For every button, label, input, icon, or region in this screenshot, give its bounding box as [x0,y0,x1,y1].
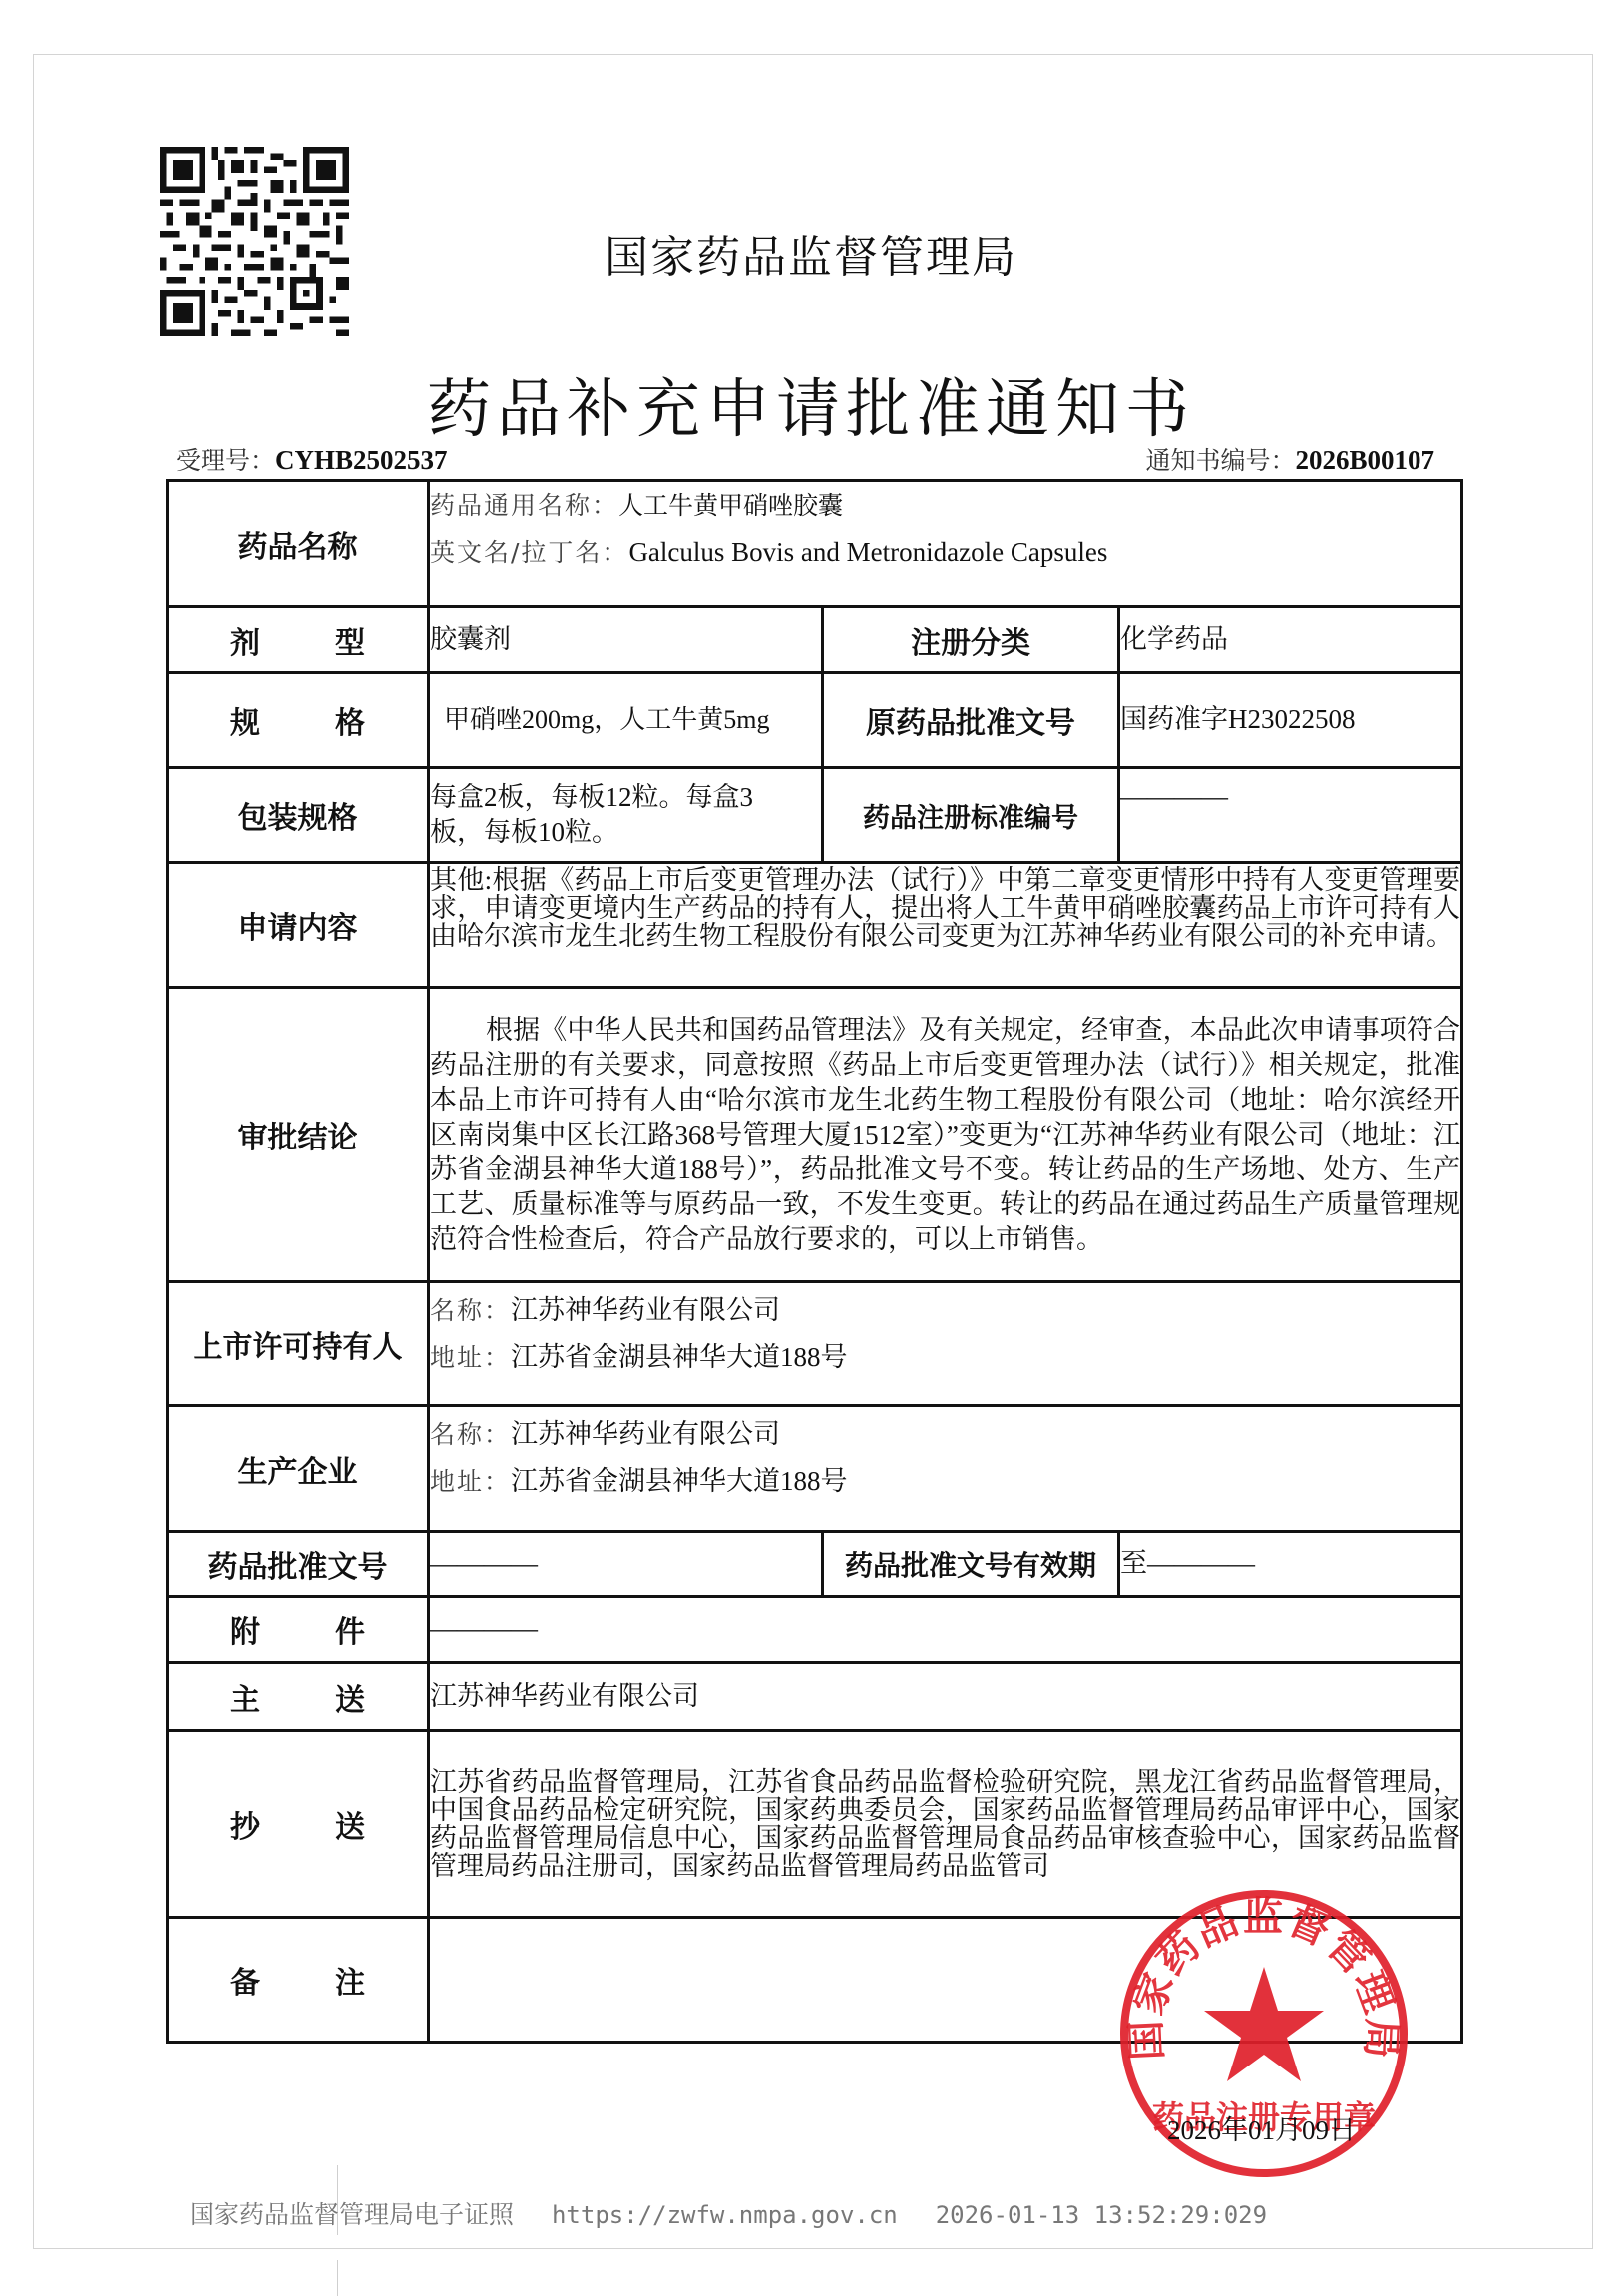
notice-number: 通知书编号：2026B00107 [1145,441,1434,477]
registration-standard-label: 药品注册标准编号 [823,768,1119,863]
drug-name-label: 药品名称 [168,481,429,607]
application-value: 其他:根据《药品上市后变更管理办法（试行）》中第二章变更情形中持有人变更管理要求… [429,863,1462,988]
manufacturer-value: 名称：江苏神华药业有限公司 地址：江苏省金湖县神华大道188号 [429,1406,1462,1532]
remarks-value [429,1918,1462,2043]
registration-class-label: 注册分类 [823,607,1119,673]
mah-label: 上市许可持有人 [168,1282,429,1406]
row-dosage-form: 剂型 胶囊剂 注册分类 化学药品 [168,607,1462,673]
attachment-label: 附件 [168,1597,429,1663]
acceptance-number-value: CYHB2502537 [275,445,448,475]
label-char: 抄 [230,1802,260,1846]
row-manufacturer: 生产企业 名称：江苏神华药业有限公司 地址：江苏省金湖县神华大道188号 [168,1406,1462,1532]
specification-value: 甲硝唑200mg，人工牛黄5mg [429,673,823,768]
row-main-recipient: 主送 江苏神华药业有限公司 [168,1663,1462,1731]
manufacturer-label: 生产企业 [168,1406,429,1532]
footer-issuer: 国家药品监督管理局电子证照 [190,2200,514,2229]
registration-standard-value: ———— [1119,768,1462,863]
label-char: 型 [335,618,365,662]
approval-form-table: 药品名称 药品通用名称：人工牛黄甲硝唑胶囊 英文名/拉丁名：Galculus B… [166,479,1463,2044]
main-recipient-label: 主送 [168,1663,429,1731]
attachment-value: ———— [429,1597,1462,1663]
package-value: 每盒2板，每板12粒。每盒3板，每板10粒。 [429,768,823,863]
agency-name: 国家药品监督管理局 [0,222,1622,285]
validity-prefix: 至 [1120,1548,1147,1578]
notice-number-value: 2026B00107 [1295,445,1434,475]
row-remarks: 备注 [168,1918,1462,2043]
footer-timestamp: 2026-01-13 13:52:29:029 [936,2201,1267,2229]
dosage-form-label: 剂型 [168,607,429,673]
footer-url[interactable]: https://zwfw.nmpa.gov.cn [552,2201,898,2229]
row-specification: 规格 甲硝唑200mg，人工牛黄5mg 原药品批准文号 国药准字H2302250… [168,673,1462,768]
approval-validity-value: 至———— [1119,1532,1462,1597]
english-name-label: 英文名/拉丁名： [430,538,628,567]
application-label: 申请内容 [168,863,429,988]
conclusion-label: 审批结论 [168,988,429,1282]
manufacturer-address-label: 地址： [430,1467,511,1496]
label-char: 送 [335,1675,365,1719]
label-char: 剂 [230,618,260,662]
mah-address: 江苏省金湖县神华大道188号 [511,1342,848,1372]
mah-address-label: 地址： [430,1343,511,1372]
label-char: 格 [335,698,365,742]
mah-value: 名称：江苏神华药业有限公司 地址：江苏省金湖县神华大道188号 [429,1282,1462,1406]
footer: 国家药品监督管理局电子证照 https://zwfw.nmpa.gov.cn 2… [190,2195,1297,2231]
label-char: 备 [230,1958,260,2002]
notice-number-label: 通知书编号： [1145,446,1295,475]
original-approval-no-value: 国药准字H23022508 [1119,673,1462,768]
row-package: 包装规格 每盒2板，每板12粒。每盒3板，每板10粒。 药品注册标准编号 ———… [168,768,1462,863]
remarks-label: 备注 [168,1918,429,2043]
original-approval-no-label: 原药品批准文号 [823,673,1119,768]
manufacturer-name: 江苏神华药业有限公司 [511,1419,780,1449]
dosage-form-value: 胶囊剂 [429,607,823,673]
row-cc: 抄送 江苏省药品监督管理局，江苏省食品药品监督检验研究院，黑龙江省药品监督管理局… [168,1731,1462,1918]
mah-name-label: 名称： [430,1296,511,1325]
specification-label: 规格 [168,673,429,768]
fold-mark [337,2260,338,2296]
generic-name-label: 药品通用名称： [430,491,618,520]
registration-class-value: 化学药品 [1119,607,1462,673]
validity-date: ———— [1147,1548,1255,1578]
row-attachment: 附件 ———— [168,1597,1462,1663]
package-label: 包装规格 [168,768,429,863]
document-title: 药品补充申请批准通知书 [0,358,1622,450]
label-char: 送 [335,1802,365,1846]
acceptance-number: 受理号：CYHB2502537 [176,441,448,477]
english-name-value: Galculus Bovis and Metronidazole Capsule… [628,537,1107,567]
row-marketing-authorization-holder: 上市许可持有人 名称：江苏神华药业有限公司 地址：江苏省金湖县神华大道188号 [168,1282,1462,1406]
drug-name-value: 药品通用名称：人工牛黄甲硝唑胶囊 英文名/拉丁名：Galculus Bovis … [429,481,1462,607]
manufacturer-address: 江苏省金湖县神华大道188号 [511,1466,848,1496]
mah-name: 江苏神华药业有限公司 [511,1295,780,1325]
generic-name-value: 人工牛黄甲硝唑胶囊 [618,491,843,520]
label-char: 件 [335,1607,365,1651]
cc-label: 抄送 [168,1731,429,1918]
main-recipient-value: 江苏神华药业有限公司 [429,1663,1462,1731]
label-char: 规 [230,698,260,742]
approval-no-value: ———— [429,1532,823,1597]
label-char: 注 [335,1958,365,2002]
approval-validity-label: 药品批准文号有效期 [823,1532,1119,1597]
cc-value: 江苏省药品监督管理局，江苏省食品药品监督检验研究院，黑龙江省药品监督管理局，中国… [429,1731,1462,1918]
seal-date: 2026年01月09日 [1167,2108,1356,2147]
row-application: 申请内容 其他:根据《药品上市后变更管理办法（试行）》中第二章变更情形中持有人变… [168,863,1462,988]
row-drug-name: 药品名称 药品通用名称：人工牛黄甲硝唑胶囊 英文名/拉丁名：Galculus B… [168,481,1462,607]
row-conclusion: 审批结论 根据《中华人民共和国药品管理法》及有关规定，经审查，本品此次申请事项符… [168,988,1462,1282]
row-approval-number: 药品批准文号 ———— 药品批准文号有效期 至———— [168,1532,1462,1597]
label-char: 主 [230,1675,260,1719]
approval-no-label: 药品批准文号 [168,1532,429,1597]
conclusion-value: 根据《中华人民共和国药品管理法》及有关规定，经审查，本品此次申请事项符合药品注册… [429,988,1462,1282]
acceptance-number-label: 受理号： [176,446,275,475]
manufacturer-name-label: 名称： [430,1420,511,1449]
label-char: 附 [230,1607,260,1651]
